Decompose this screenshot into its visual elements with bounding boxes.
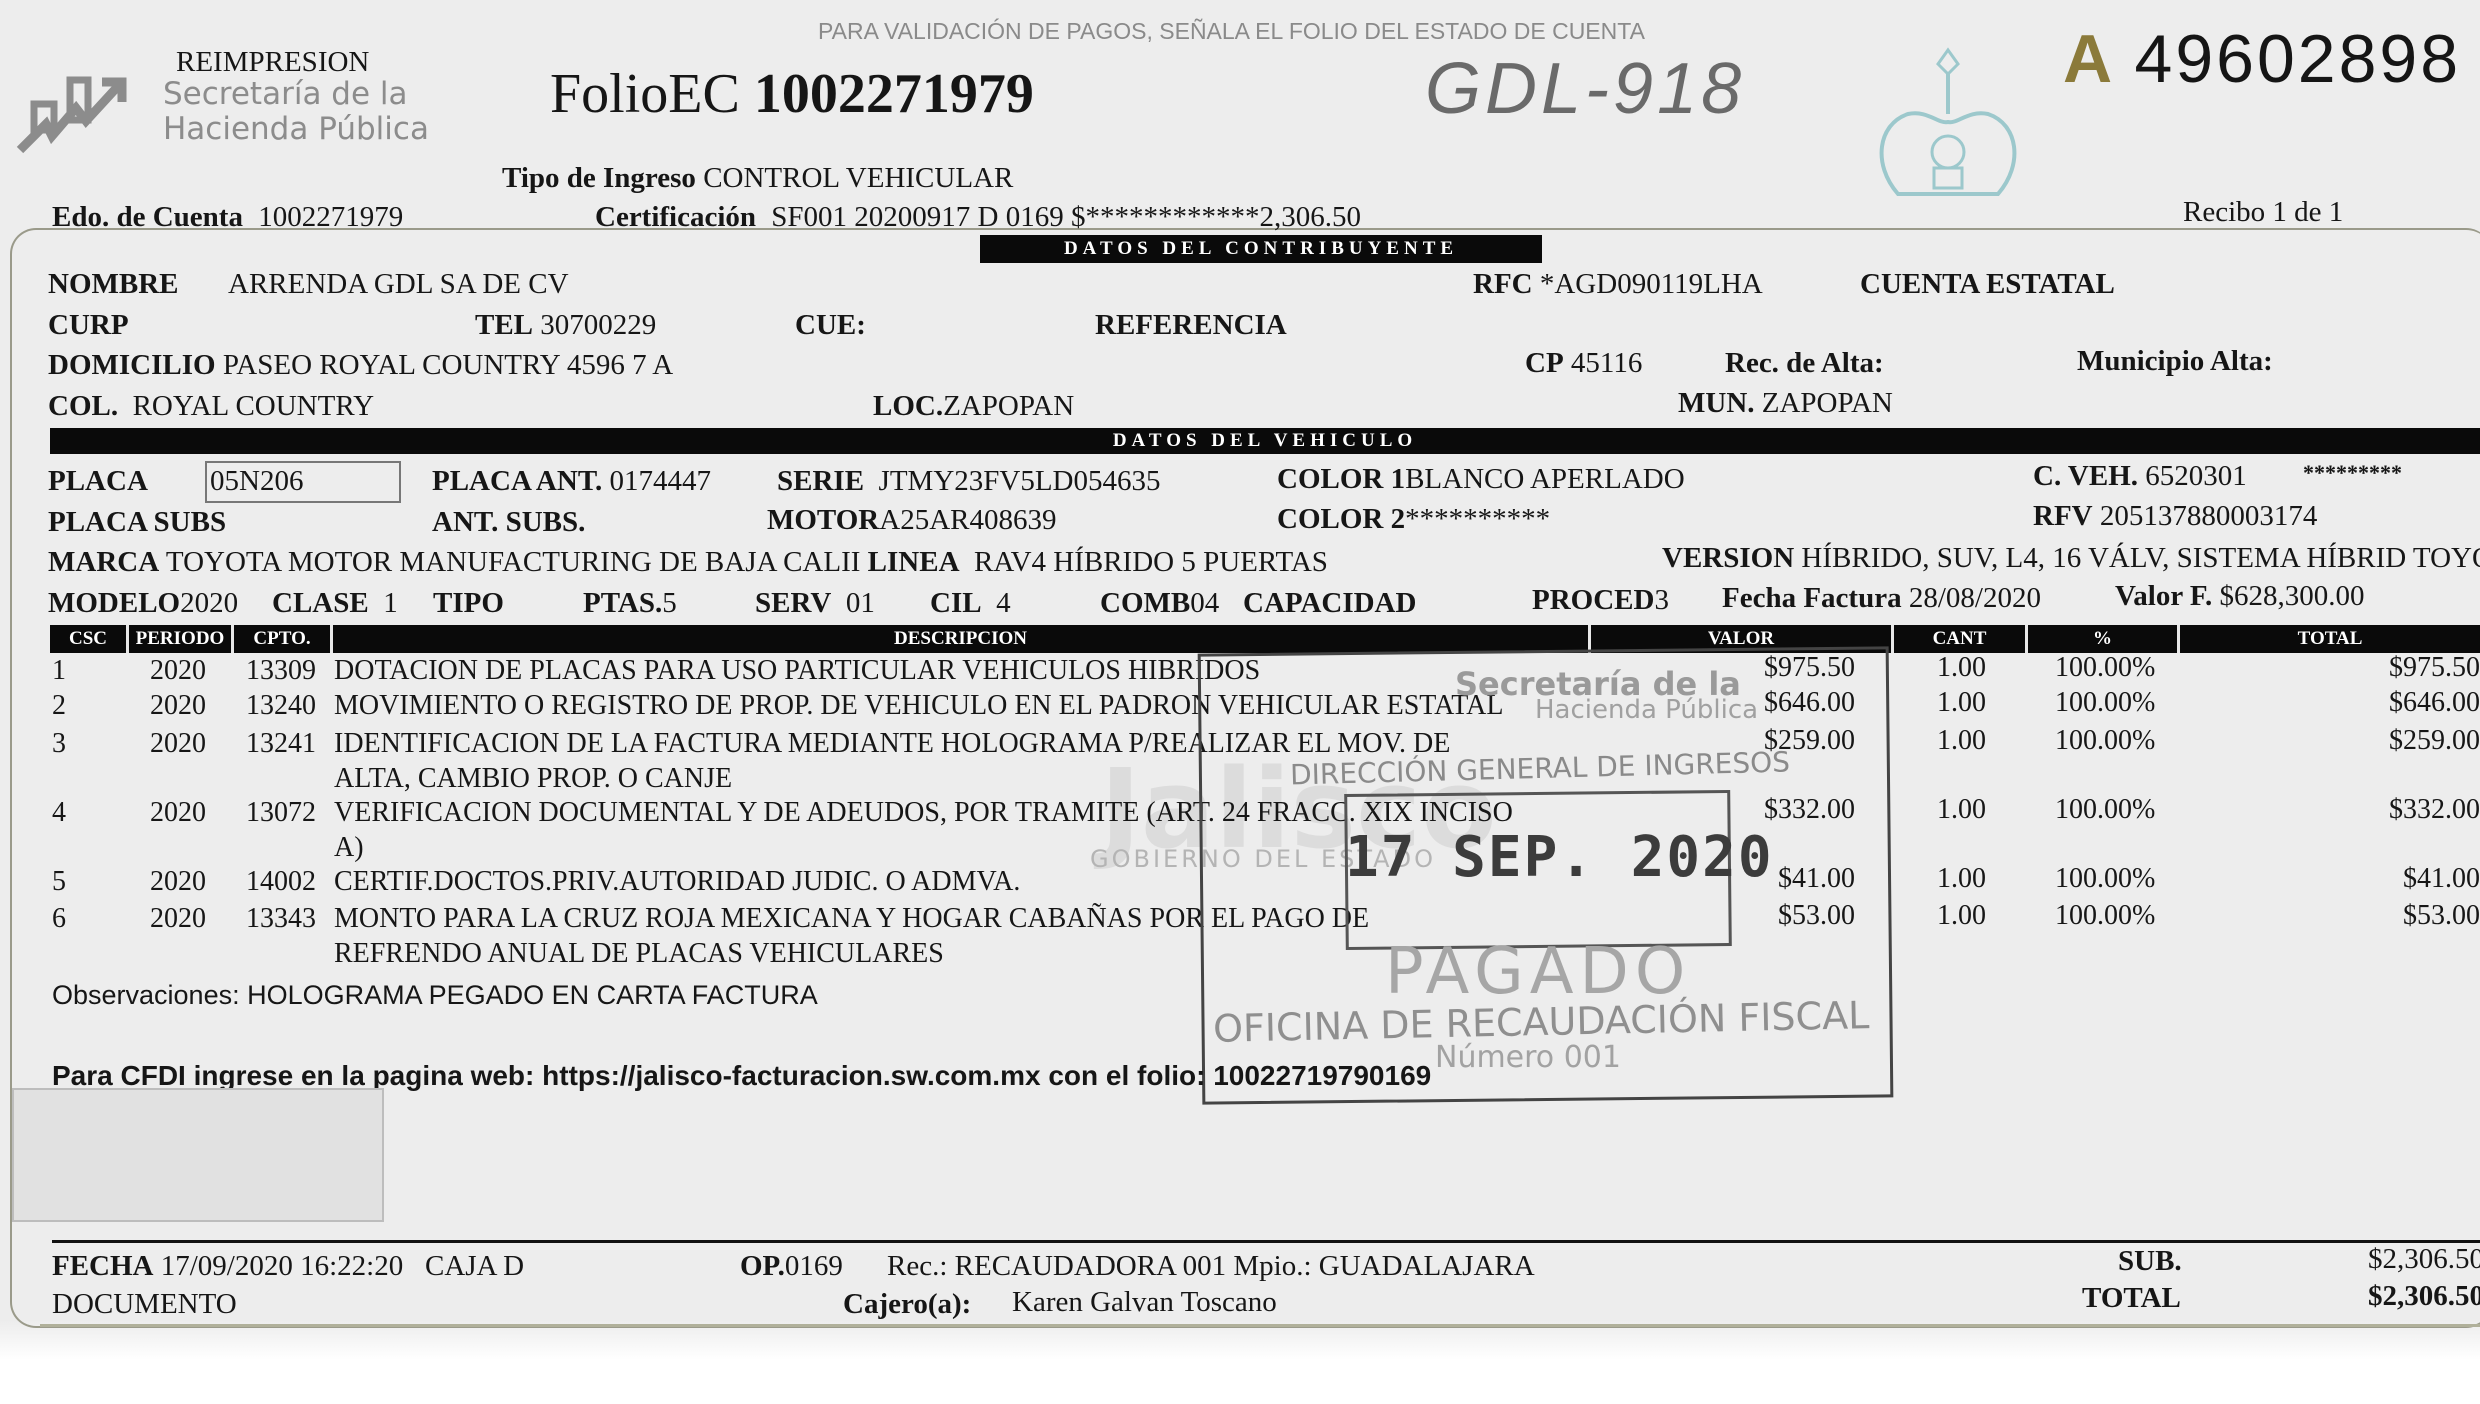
- cell-descripcion: CERTIF.DOCTOS.PRIV.AUTORIDAD JUDIC. O AD…: [334, 866, 1020, 898]
- cp-value: 45116: [1571, 347, 1642, 379]
- placa-label: PLACA: [48, 465, 148, 498]
- sub-value: $2,306.50: [2368, 1243, 2480, 1276]
- cell-cant: 1.00: [1937, 863, 1986, 895]
- cell-descripcion-cont: REFRENDO ANUAL DE PLACAS VEHICULARES: [334, 938, 944, 970]
- proced-value: 3: [1654, 584, 1669, 616]
- cil-label: CIL: [930, 587, 982, 619]
- col-total: TOTAL: [2180, 625, 2480, 653]
- tel-value: 30700229: [540, 309, 656, 341]
- rfc-value: *AGD090119LHA: [1540, 268, 1763, 300]
- rfv-value: 205137880003174: [2100, 500, 2318, 532]
- footer-divider: [52, 1240, 2480, 1243]
- serv-label: SERV: [755, 587, 831, 619]
- reimpresion-label: REIMPRESION: [176, 46, 369, 79]
- observaciones: Observaciones: HOLOGRAMA PEGADO EN CARTA…: [52, 980, 818, 1011]
- curp-label: CURP: [48, 309, 129, 342]
- marca-label: MARCA: [48, 546, 159, 578]
- capacidad-label: CAPACIDAD: [1243, 587, 1416, 620]
- comb-label: COMB: [1100, 587, 1190, 619]
- col-periodo: PERIODO: [129, 625, 234, 653]
- cell-periodo: 2020: [150, 903, 206, 935]
- modelo-value: 2020: [180, 587, 238, 619]
- version-value: HÍBRIDO, SUV, L4, 16 VÁLV, SISTEMA HÍBRI…: [1801, 542, 2480, 574]
- jalisco-seal-icon: [1868, 44, 2028, 204]
- referencia-label: REFERENCIA: [1095, 309, 1287, 342]
- op-label: OP.: [740, 1250, 785, 1282]
- ptas-value: 5: [662, 587, 677, 619]
- cil-value: 4: [996, 587, 1011, 619]
- domicilio-value: PASEO ROYAL COUNTRY 4596 7 A: [223, 349, 673, 381]
- cell-total: $646.00: [2300, 687, 2480, 719]
- valor-f-label: Valor F.: [2115, 580, 2212, 612]
- serie-value: JTMY23FV5LD054635: [879, 465, 1161, 497]
- cp-label: CP: [1525, 347, 1564, 379]
- hacienda-logo-icon: [16, 66, 128, 156]
- edo-cuenta-label: Edo. de Cuenta: [52, 201, 243, 233]
- domicilio-label: DOMICILIO: [48, 349, 216, 381]
- nombre-label: NOMBRE: [48, 268, 179, 300]
- op-value: 0169: [785, 1250, 843, 1282]
- valor-f-value: $628,300.00: [2220, 580, 2365, 612]
- cell-periodo: 2020: [150, 655, 206, 687]
- serv-value: 01: [846, 587, 875, 619]
- cell-periodo: 2020: [150, 728, 206, 760]
- cell-pct: 100.00%: [2055, 794, 2155, 826]
- clase-value: 1: [383, 587, 398, 619]
- col-cpto: CPTO.: [234, 625, 333, 653]
- color2-label: COLOR 2: [1277, 503, 1405, 535]
- clase-label: CLASE: [272, 587, 369, 619]
- ant-subs-label: ANT. SUBS.: [432, 506, 585, 539]
- cell-total: $259.00: [2300, 725, 2480, 757]
- cell-cpto: 13072: [246, 797, 316, 829]
- sub-label: SUB.: [2118, 1245, 2182, 1278]
- folio-ec: FolioEC 1002271979: [550, 62, 1034, 126]
- cell-csc: 5: [52, 866, 66, 898]
- fecha-factura-value: 28/08/2020: [1909, 582, 2041, 614]
- handwritten-note: GDL-918: [1425, 48, 1745, 130]
- bottom-border: [40, 1324, 2480, 1327]
- cell-descripcion-cont: A): [334, 832, 364, 864]
- color1-label: COLOR 1: [1277, 463, 1405, 495]
- folio-label: FolioEC: [550, 63, 740, 125]
- stamp-date: 17 SEP. 2020: [1345, 825, 1774, 890]
- rfv-label: RFV: [2033, 500, 2093, 532]
- cell-total: $53.00: [2300, 900, 2480, 932]
- tipo-label: TIPO: [433, 587, 504, 620]
- cveh-mask: *********: [2303, 460, 2402, 486]
- documento-label: DOCUMENTO: [52, 1288, 237, 1321]
- serial-prefix: A: [2063, 21, 2113, 97]
- stamp-org-line2: Hacienda Pública: [1535, 695, 1758, 725]
- fecha-value: 17/09/2020 16:22:20: [161, 1250, 403, 1282]
- cell-periodo: 2020: [150, 866, 206, 898]
- col-pct: %: [2028, 625, 2180, 653]
- cell-total: $975.50: [2300, 652, 2480, 684]
- placa-value: 05N206: [210, 465, 303, 498]
- total-value: $2,306.50: [2368, 1280, 2480, 1313]
- col-value: ROYAL COUNTRY: [133, 390, 374, 422]
- ptas-label: PTAS.: [583, 587, 662, 619]
- org-name-line1: Secretaría de la: [163, 77, 408, 112]
- serie-label: SERIE: [777, 465, 864, 497]
- certificacion-value: SF001 20200917 D 0169 $************2,306…: [771, 201, 1361, 233]
- col-label: COL.: [48, 390, 118, 422]
- cell-cant: 1.00: [1937, 900, 1986, 932]
- placa-subs-label: PLACA SUBS: [48, 506, 226, 539]
- validation-note: PARA VALIDACIÓN DE PAGOS, SEÑALA EL FOLI…: [818, 18, 1645, 45]
- serial-number: 49602898: [2135, 21, 2462, 97]
- edo-cuenta-value: 1002271979: [258, 201, 403, 233]
- recaudadora: Rec.: RECAUDADORA 001 Mpio.: GUADALAJARA: [887, 1250, 1535, 1283]
- org-name-line2: Hacienda Pública: [163, 112, 429, 147]
- cell-cpto: 14002: [246, 866, 316, 898]
- cell-total: $332.00: [2300, 794, 2480, 826]
- placa-ant-value: 0174447: [610, 465, 712, 497]
- cell-csc: 1: [52, 655, 66, 687]
- blank-field-box: [12, 1088, 384, 1222]
- total-label: TOTAL: [2082, 1282, 2181, 1315]
- cell-periodo: 2020: [150, 690, 206, 722]
- cuenta-estatal-label: CUENTA ESTATAL: [1860, 268, 2115, 301]
- cell-descripcion-cont: ALTA, CAMBIO PROP. O CANJE: [334, 763, 732, 795]
- cell-periodo: 2020: [150, 797, 206, 829]
- cell-csc: 2: [52, 690, 66, 722]
- tel-label: TEL: [475, 309, 533, 341]
- linea-label: LINEA: [868, 546, 960, 578]
- rfc-label: RFC: [1473, 268, 1533, 300]
- loc-value: ZAPOPAN: [943, 390, 1074, 422]
- cell-cant: 1.00: [1937, 687, 1986, 719]
- motor-label: MOTOR: [767, 504, 879, 536]
- color1-value: BLANCO APERLADO: [1405, 463, 1685, 495]
- loc-label: LOC.: [873, 390, 943, 422]
- mun-label: MUN.: [1678, 387, 1755, 419]
- mun-value: ZAPOPAN: [1762, 387, 1893, 419]
- col-csc: CSC: [50, 625, 129, 653]
- comb-value: 04: [1190, 587, 1219, 619]
- cell-cant: 1.00: [1937, 652, 1986, 684]
- color2-value: **********: [1405, 503, 1550, 535]
- nombre-value: ARRENDA GDL SA DE CV: [228, 268, 569, 301]
- cell-csc: 6: [52, 903, 66, 935]
- stamp-numero: Número 001: [1435, 1040, 1621, 1075]
- fecha-factura-label: Fecha Factura: [1722, 582, 1902, 614]
- col-cant: CANT: [1894, 625, 2028, 653]
- marca-value: TOYOTA MOTOR MANUFACTURING DE BAJA CALII: [166, 546, 861, 578]
- cell-pct: 100.00%: [2055, 687, 2155, 719]
- cell-cpto: 13240: [246, 690, 316, 722]
- cell-csc: 4: [52, 797, 66, 829]
- cell-pct: 100.00%: [2055, 652, 2155, 684]
- cell-cpto: 13309: [246, 655, 316, 687]
- cell-cant: 1.00: [1937, 725, 1986, 757]
- section-vehiculo-title: DATOS DEL VEHICULO: [50, 428, 2480, 454]
- version-label: VERSION: [1662, 542, 1794, 574]
- linea-value: RAV4 HÍBRIDO 5 PUERTAS: [974, 546, 1328, 578]
- motor-value: A25AR408639: [879, 504, 1056, 536]
- certificacion-label: Certificación: [595, 201, 756, 233]
- cajero-label: Cajero(a):: [843, 1288, 971, 1321]
- folio-value: 1002271979: [754, 63, 1034, 125]
- cell-pct: 100.00%: [2055, 725, 2155, 757]
- cell-pct: 100.00%: [2055, 863, 2155, 895]
- cell-pct: 100.00%: [2055, 900, 2155, 932]
- cell-cpto: 13343: [246, 903, 316, 935]
- cell-total: $41.00: [2300, 863, 2480, 895]
- modelo-label: MODELO: [48, 587, 180, 619]
- tipo-ingreso-label: Tipo de Ingreso: [502, 162, 696, 194]
- cell-cpto: 13241: [246, 728, 316, 760]
- cajero-value: Karen Galvan Toscano: [1012, 1286, 1277, 1319]
- cveh-label: C. VEH.: [2033, 460, 2138, 492]
- tipo-ingreso-value: CONTROL VEHICULAR: [703, 162, 1013, 194]
- cell-csc: 3: [52, 728, 66, 760]
- caja: CAJA D: [425, 1250, 524, 1282]
- col-descripcion: DESCRIPCION: [333, 625, 1591, 653]
- placa-ant-label: PLACA ANT.: [432, 465, 602, 497]
- proced-label: PROCED: [1532, 584, 1654, 616]
- cveh-value: 6520301: [2145, 460, 2247, 492]
- fecha-label: FECHA: [52, 1250, 154, 1282]
- section-contribuyente-title: DATOS DEL CONTRIBUYENTE: [980, 235, 1542, 263]
- cell-cant: 1.00: [1937, 794, 1986, 826]
- rec-alta-label: Rec. de Alta:: [1725, 347, 1884, 380]
- cell-descripcion: DOTACION DE PLACAS PARA USO PARTICULAR V…: [334, 655, 1260, 687]
- cue-label: CUE:: [795, 309, 866, 342]
- recibo-count: Recibo 1 de 1: [2183, 196, 2343, 229]
- municipio-alta-label: Municipio Alta:: [2077, 345, 2273, 378]
